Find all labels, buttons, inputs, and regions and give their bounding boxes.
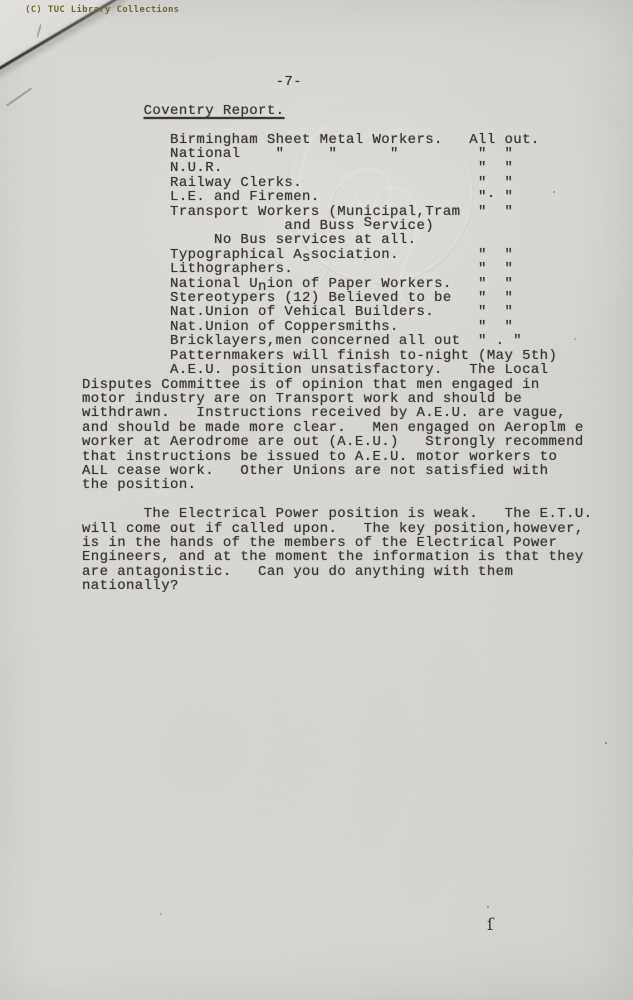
- document-line: are antagonistic. Can you do anything wi…: [82, 565, 592, 579]
- scanned-document-page: (C) TUC Library Collections -7- Coventry…: [0, 0, 633, 1000]
- stray-ink-mark: ſ: [487, 915, 493, 935]
- document-line: will come out if called upon. The key po…: [82, 522, 592, 536]
- document-line: Bricklayers,men concerned all out " . ": [82, 334, 592, 348]
- paper-specks: [0, 0, 2, 2]
- copyright-watermark: (C) TUC Library Collections: [25, 5, 179, 15]
- document-line: N.U.R. " ": [82, 161, 592, 175]
- document-line: National Union of Paper Workers. " ": [82, 277, 592, 291]
- document-line: Engineers, and at the moment the informa…: [82, 550, 592, 564]
- report-title: Coventry Report.: [82, 104, 592, 118]
- document-line: and should be made more clear. Men engag…: [82, 421, 592, 435]
- document-line: L.E. and Firemen. "· ": [82, 190, 592, 204]
- document-line: Nat.Union of Vehical Builders. " ": [82, 305, 592, 319]
- document-line: Patternmakers will finish to-night (May …: [82, 349, 592, 363]
- document-line: Birmingham Sheet Metal Workers. All out.: [82, 133, 592, 147]
- document-line: A.E.U. position unsatisfactory. The Loca…: [82, 363, 592, 377]
- page-number: -7-: [82, 75, 592, 89]
- document-line: The Electrical Power position is weak. T…: [82, 507, 592, 521]
- document-line: Lithographers. " ": [82, 262, 592, 276]
- document-line: No Bus services at all.: [82, 233, 592, 247]
- document-line: worker at Aerodrome are out (A.E.U.) Str…: [82, 435, 592, 449]
- scratch-mark: [6, 88, 31, 106]
- document-line: the position.: [82, 478, 592, 492]
- document-line: Transport Workers (Municipal,Tram " ": [82, 205, 592, 219]
- document-line: [82, 118, 592, 132]
- document-line: nationally?: [82, 579, 592, 593]
- document-line: [82, 89, 592, 103]
- document-line: Disputes Committee is of opinion that me…: [82, 378, 592, 392]
- document-line: withdrawn. Instructions received by A.E.…: [82, 406, 592, 420]
- document-line: that instructions be issued to A.E.U. mo…: [82, 450, 592, 464]
- document-line: [82, 493, 592, 507]
- typewritten-text: -7- Coventry Report. Birmingham Sheet Me…: [82, 75, 592, 594]
